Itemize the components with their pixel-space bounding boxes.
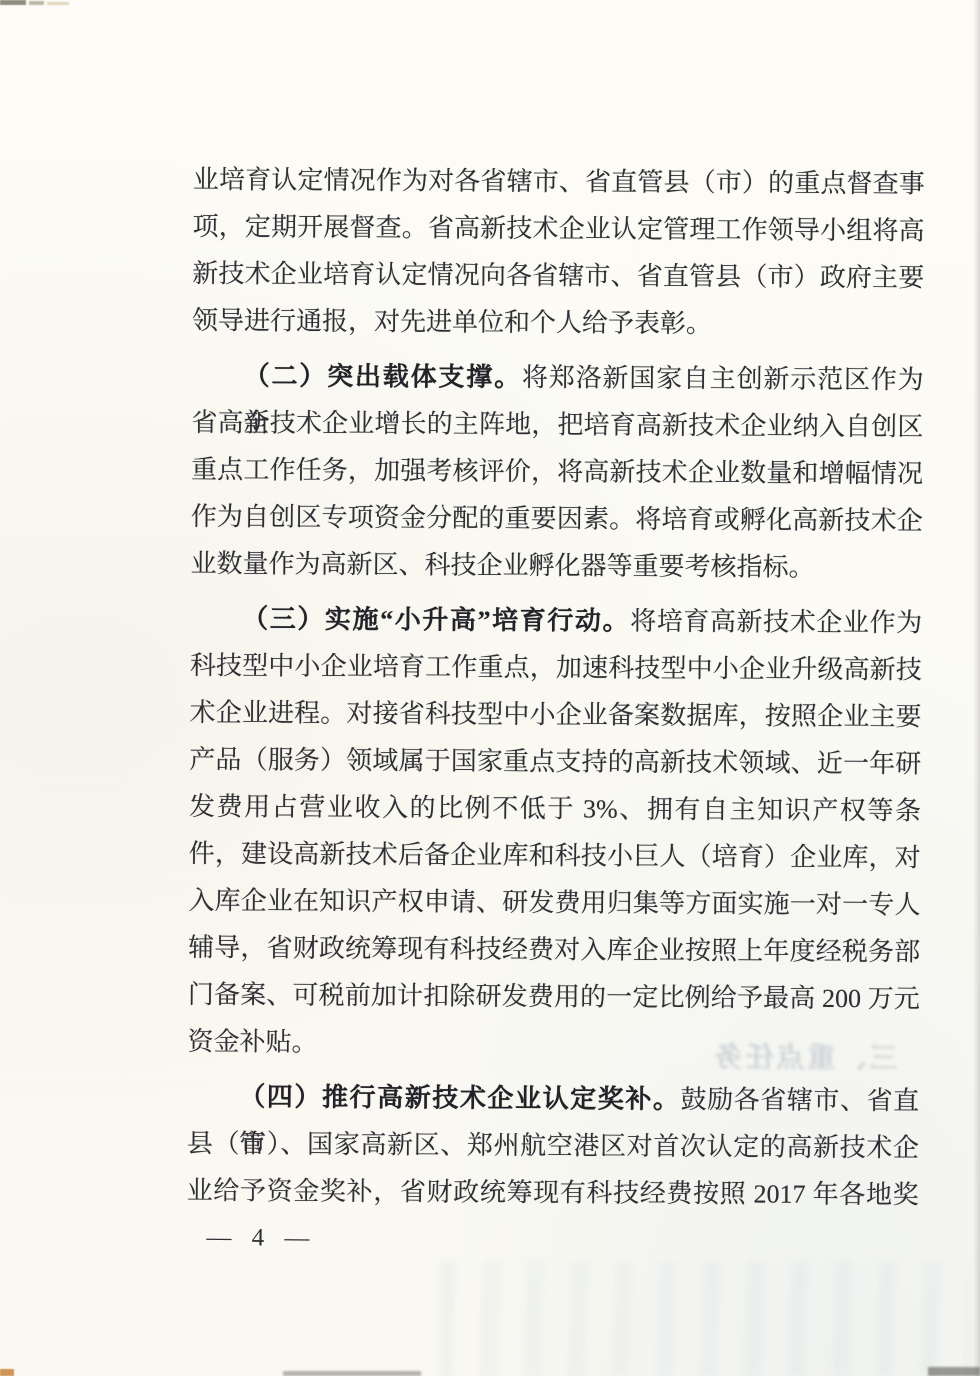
text-line: 领导进行通报，对先进单位和个人给予表彰。 — [192, 297, 924, 348]
text-line: 重点工作任务，加强考核评价，将高新技术企业数量和增幅情况 — [191, 446, 923, 497]
paragraph: （四）推行高新技术企业认定奖补。鼓励各省辖市、省直管县（市）、国家高新区、郑州航… — [187, 1073, 920, 1218]
text-line: 门备案、可税前加计扣除研发费用的一定比例给予最高 200 万元 — [188, 971, 920, 1022]
paragraph: 业培育认定情况作为对各省辖市、省直管县（市）的重点督查事项，定期开展督查。省高新… — [192, 156, 925, 348]
text-line: 省高新技术企业增长的主阵地，把培育高新技术企业纳入自创区 — [191, 399, 923, 450]
text-line: 业给予资金奖补，省财政统筹现有科技经费按照 2017 年各地奖 — [187, 1167, 919, 1218]
text-line: 资金补贴。 — [187, 1018, 919, 1069]
text-line: 术企业进程。对接省科技型中小企业备案数据库，按照企业主要 — [189, 689, 921, 740]
text-line: 科技型中小企业培育工作重点，加速科技型中小企业升级高新技 — [190, 642, 922, 693]
paragraph-first-line: （四）推行高新技术企业认定奖补。鼓励各省辖市、省直管 — [187, 1073, 919, 1124]
text-line: 辅导，省财政统筹现有科技经费对入库企业按照上年度经税务部 — [188, 924, 920, 975]
section-heading: （二）突出载体支撑。 — [244, 361, 523, 392]
text-line: 业数量作为高新区、科技企业孵化器等重要考核指标。 — [190, 540, 922, 591]
text-line: 产品（服务）领域属于国家重点支持的高新技术领域、近一年研 — [189, 736, 921, 787]
section-heading: （四）推行高新技术企业认定奖补。 — [239, 1082, 680, 1114]
text-line: 新技术企业培育认定情况向各省辖市、省直管县（市）政府主要 — [192, 250, 924, 301]
text-line: 件，建设高新技术后备企业库和科技小巨人（培育）企业库，对 — [189, 830, 921, 881]
text-line: 业培育认定情况作为对各省辖市、省直管县（市）的重点督查事 — [193, 156, 925, 207]
section-heading: （三）实施“小升高”培育行动。 — [242, 604, 630, 635]
paragraph-first-line: （二）突出载体支撑。将郑洛新国家自主创新示范区作为全 — [192, 352, 924, 403]
text-block: 业培育认定情况作为对各省辖市、省直管县（市）的重点督查事项，定期开展督查。省高新… — [187, 156, 925, 1218]
text-line: 县（市）、国家高新区、郑州航空港区对首次认定的高新技术企 — [187, 1120, 919, 1171]
paragraph: （三）实施“小升高”培育行动。将培育高新技术企业作为科技型中小企业培育工作重点，… — [187, 595, 922, 1069]
text-line: 项，定期开展督查。省高新技术企业认定管理工作领导小组将高 — [192, 203, 924, 254]
document-page: 三、重点任务 业培育认定情况作为对各省辖市、省直管县（市）的重点督查事项，定期开… — [0, 0, 980, 1376]
paragraph: （二）突出载体支撑。将郑洛新国家自主创新示范区作为全省高新技术企业增长的主阵地，… — [190, 352, 923, 591]
text-line: 作为自创区专项资金分配的重要因素。将培育或孵化高新技术企 — [191, 493, 923, 544]
text-line: 发费用占营业收入的比例不低于 3%、拥有自主知识产权等条 — [189, 783, 921, 834]
text-line: 入库企业在知识产权申请、研发费用归集等方面实施一对一专人 — [188, 877, 920, 928]
sheet-content: 三、重点任务 业培育认定情况作为对各省辖市、省直管县（市）的重点督查事项，定期开… — [0, 0, 980, 1376]
page-number: — 4 — — [206, 1224, 316, 1253]
paragraph-first-line: （三）实施“小升高”培育行动。将培育高新技术企业作为 — [190, 595, 922, 646]
